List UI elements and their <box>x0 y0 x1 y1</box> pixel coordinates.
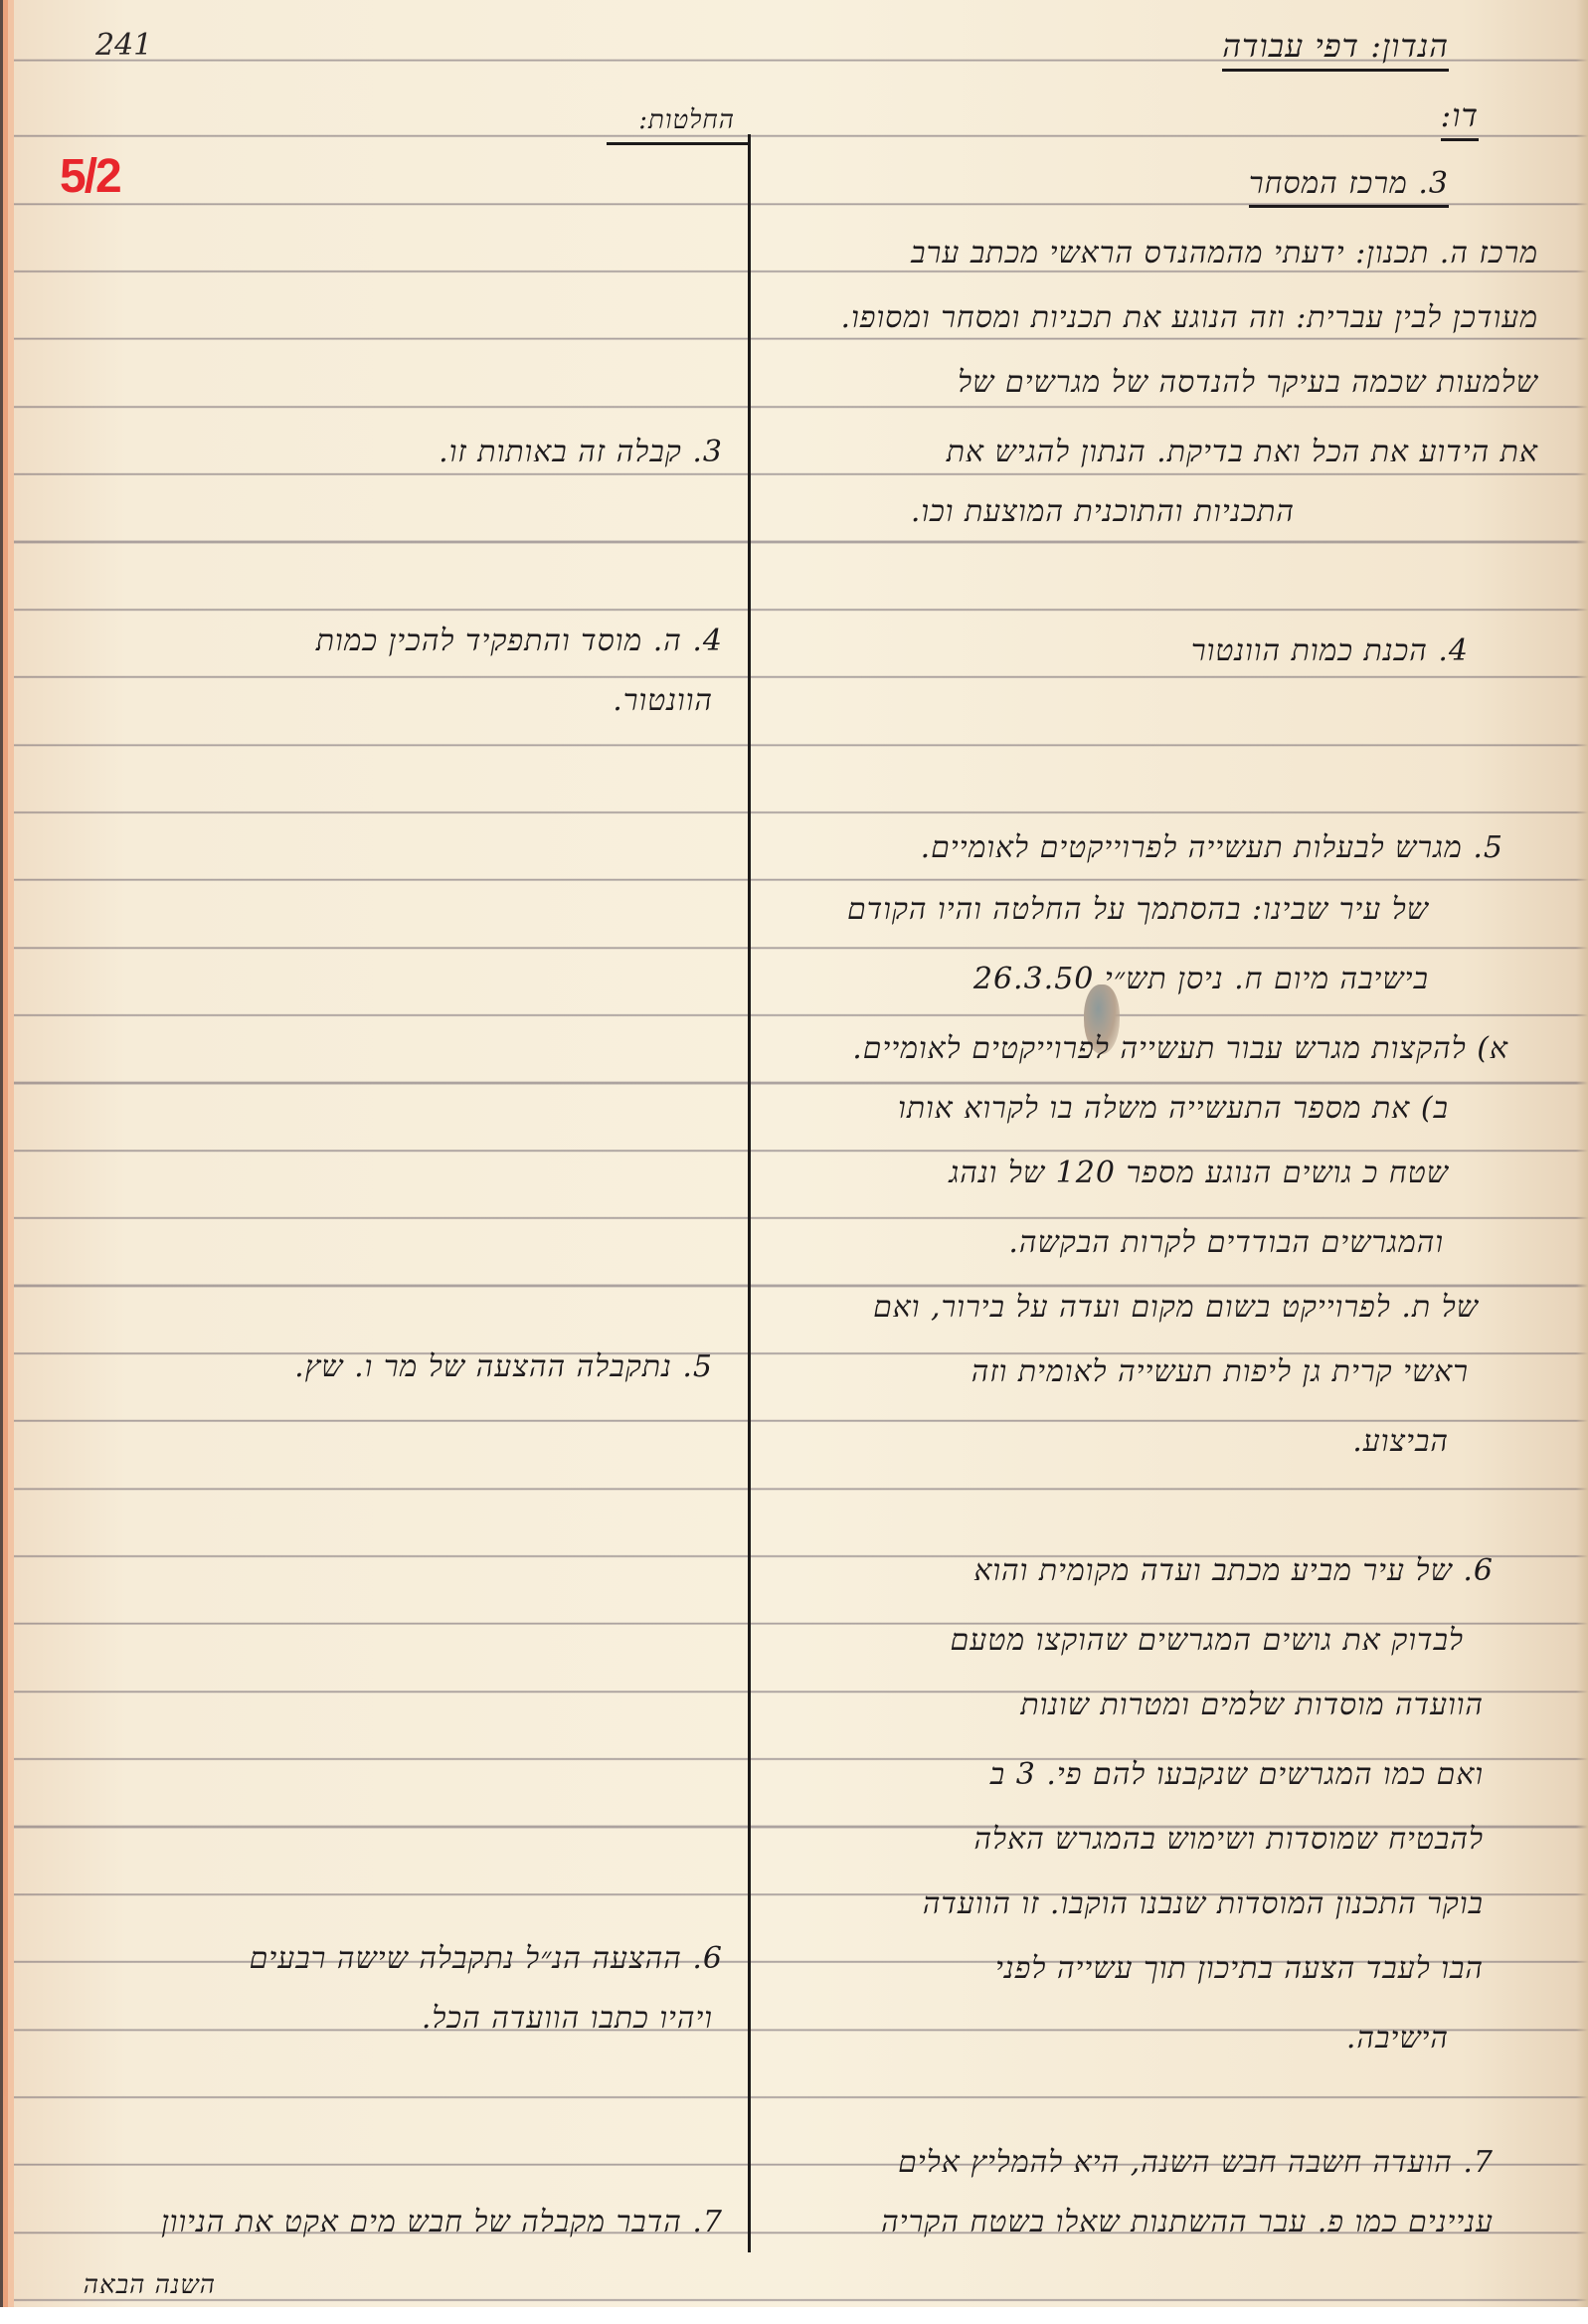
section5-line: בישיבה מיום ח. ניסן תש״י 26.3.50 <box>973 965 1429 994</box>
section4-heading: 4. הכנת כמות הוונטור <box>1191 636 1469 666</box>
section5-line: של עיר שבינו: בהסתמך על החלטה והיו הקודם <box>847 895 1429 925</box>
section3-line: מעודכן לבין עברית: וזה הנוגע את תכניות ו… <box>841 303 1538 333</box>
section3-line: מרכז ה. תכנון: ידעתי מהמהנדס הראשי מכתב … <box>911 239 1538 268</box>
section6-line: בוקר התכנון המוסדות שנבנו הוקבו. זו הווע… <box>923 1889 1484 1919</box>
decision-item-7-continuation: השנה הבאה <box>84 2272 216 2298</box>
section5-line: ראשי קרית גן ליפות תעשייה לאומית וזה <box>971 1357 1469 1387</box>
section3-line: התכניות והתוכנית המוצעת וכו. <box>911 497 1295 527</box>
section7-heading: 7. הועדה חשבה חבש השנה, היא להמליץ אלים <box>898 2148 1494 2178</box>
decision-item-4-continuation: הוונטור. <box>613 686 713 716</box>
section6-line: הבו לעבד הצעה בתיכון תוך עשייה לפני <box>995 1954 1484 1984</box>
section5-line: ב) את מספר התעשייה משלה בו לקרוא אותו <box>898 1094 1449 1124</box>
scan-bottom-margin <box>0 2307 1588 2324</box>
section5-line: והמגרשים הבודדים לקרות הבקשה. <box>1008 1228 1444 1258</box>
column-divider-cap <box>607 142 751 145</box>
section6-line: ואם כמו המגרשים שנקבעו להם פי. 3 ב <box>990 1760 1484 1790</box>
section5-heading: 5. מגרש לבעלות תעשייה לפרוייקטים לאומיים… <box>921 833 1503 863</box>
document-title-text: הנדון: דפי עבודה <box>1222 27 1449 72</box>
section5-line: א) להקצות מגרש עבור תעשייה לפרוייקטים לא… <box>852 1034 1508 1064</box>
section6-heading: 6. של עיר מביע מכתב ועדה מקומית והוא <box>973 1556 1494 1586</box>
decision-item-6: 6. ההצעה הנ״ל נתקבלה שישה רבעים <box>250 1944 723 1974</box>
red-stamp-label: 5/2 <box>60 149 120 204</box>
section5-line: של ת. לפרוייקט בשום מקום ועדה על בירור, … <box>873 1293 1479 1323</box>
page-binding-edge <box>0 0 14 2307</box>
section3-line: שלמעות שכמה בעיקר להנדסה של מגרשים של <box>958 368 1538 398</box>
decision-item-5: 5. נתקבלה ההצעה של מר ו. שץ. <box>294 1352 713 1382</box>
document-title: הנדון: דפי עבודה <box>1222 30 1449 62</box>
section3-heading: 3. מרכז המסחר <box>1249 169 1449 199</box>
right-column-label-text: דו: <box>1441 96 1479 141</box>
section3-heading-text: 3. מרכז המסחר <box>1249 166 1449 208</box>
section3-line: את הידוע את הכל ואת בדיקת. הנתון להגיש א… <box>947 438 1538 467</box>
section6-line: הוועדה מוסדות שלמים ומטרות שונות <box>1020 1691 1484 1720</box>
page-shadow-edge <box>1576 0 1588 2307</box>
section6-line: לבדוק את גושים המגרשים שהוקצו מטעם <box>951 1626 1464 1656</box>
section5-line: שטח כ גושים הנוגע מספר 120 של ונהג <box>949 1159 1449 1188</box>
right-column-label: דו: <box>1441 99 1479 131</box>
section5-line: הביצוע. <box>1352 1427 1449 1457</box>
left-column-label: החלטות: <box>638 107 735 133</box>
decision-item-3: 3. קבלה זה באותות זו. <box>439 438 723 467</box>
archive-number: 241 <box>95 28 152 63</box>
section6-line: הישיבה. <box>1346 2024 1449 2054</box>
decision-item-4: 4. ה. מוסד והתפקיד להכין כמות <box>316 626 723 656</box>
section7-line: עניינים כמו פ. עבר ההשתנות שאלו בשטח הקר… <box>881 2208 1494 2237</box>
section6-line: להבטיח שמוסדות ושימוש בהמגרש האלה <box>973 1825 1484 1855</box>
decision-item-7: 7. הדבר מקבלה של חבש מים אקט את הניוון <box>161 2208 723 2237</box>
column-divider <box>748 134 751 2252</box>
decision-item-6-continuation: ויהיו כתבו הוועדה הכל. <box>422 2004 713 2034</box>
